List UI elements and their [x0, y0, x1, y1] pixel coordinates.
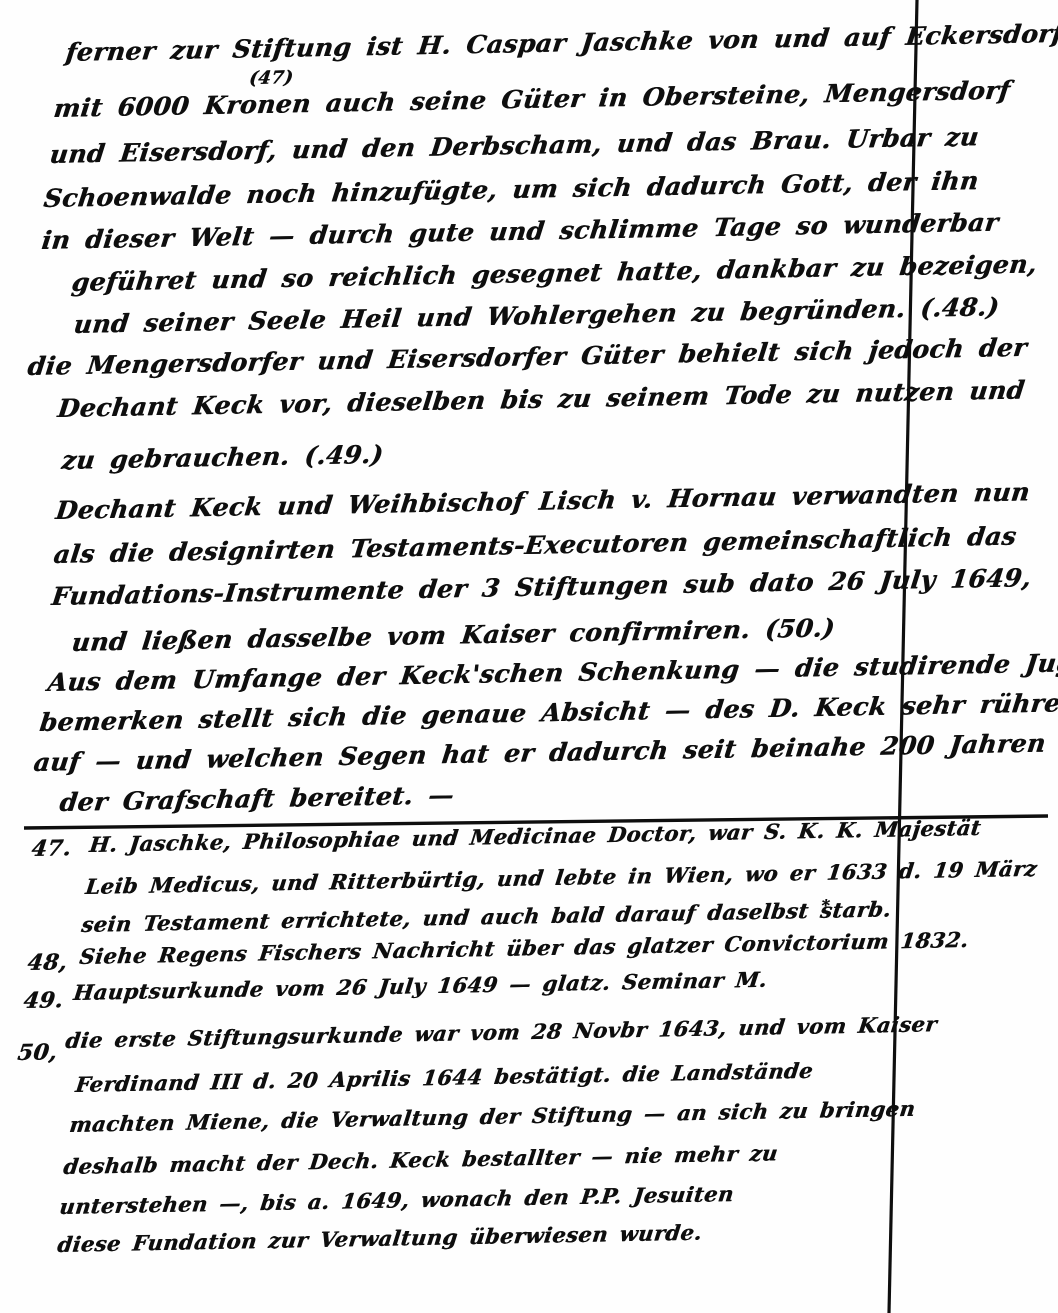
- footnote-48-number: 48,: [26, 949, 69, 976]
- manuscript-page: ferner zur Stiftung ist H. Caspar Jaschk…: [0, 0, 1058, 1313]
- footnote-50-number: 50,: [16, 1039, 59, 1066]
- footnote-47-number: 47.: [30, 835, 73, 862]
- footnote-ref-47: (47): [248, 67, 294, 89]
- footnote-49-number: 49.: [22, 987, 65, 1014]
